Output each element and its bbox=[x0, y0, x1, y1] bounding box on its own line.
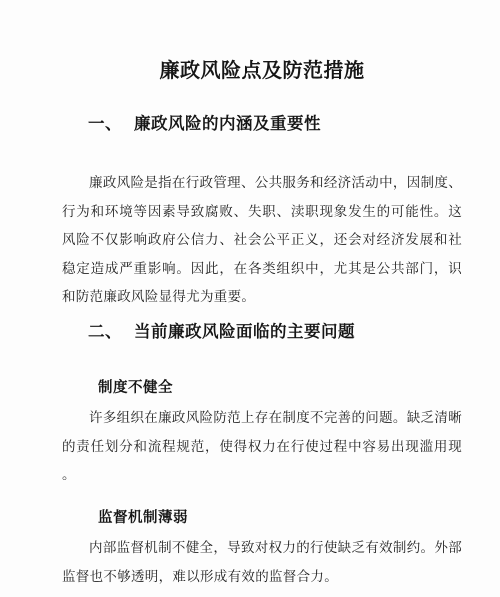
paragraph-line: 内部监督机制不健全，导致对权力的行使缺乏有效制约。外部 bbox=[62, 534, 462, 563]
paragraph-line: 和防范廉政风险显得尤为重要。 bbox=[62, 283, 462, 312]
section-1-number: 一、 bbox=[88, 114, 122, 135]
paragraph-line: 许多组织在廉政风险防范上存在制度不完善的问题。缺乏清晰 bbox=[62, 404, 462, 433]
section-1-paragraph: 廉政风险是指在行政管理、公共服务和经济活动中，因制度、 行为和环境等因素导致腐败… bbox=[62, 169, 462, 312]
subsection-1-paragraph: 许多组织在廉政风险防范上存在制度不完善的问题。缺乏清晰 的责任划分和流程规范，使… bbox=[62, 404, 462, 490]
document-title: 廉政风险点及防范措施 bbox=[62, 59, 462, 84]
paragraph-line: 风险不仅影响政府公信力、社会公平正义，还会对经济发展和社会 bbox=[62, 226, 462, 255]
paragraph-line: 稳定造成严重影响。因此，在各类组织中，尤其是公共部门，识别 bbox=[62, 255, 462, 284]
section-2-title: 当前廉政风险面临的主要问题 bbox=[134, 322, 355, 343]
section-1-title: 廉政风险的内涵及重要性 bbox=[134, 114, 321, 135]
paragraph-line: 行为和环境等因素导致腐败、失职、渎职现象发生的可能性。这些 bbox=[62, 198, 462, 227]
section-2-heading: 二、 当前廉政风险面临的主要问题 bbox=[88, 322, 355, 343]
paragraph-line: 。 bbox=[62, 461, 462, 490]
subsection-2-heading: 监督机制薄弱 bbox=[98, 509, 188, 527]
section-2-number: 二、 bbox=[88, 322, 122, 343]
document-page: 廉政风险点及防范措施 一、 廉政风险的内涵及重要性 廉政风险是指在行政管理、公共… bbox=[0, 0, 500, 597]
subsection-2-paragraph: 内部监督机制不健全，导致对权力的行使缺乏有效制约。外部 监督也不够透明，难以形成… bbox=[62, 534, 462, 591]
paragraph-line: 廉政风险是指在行政管理、公共服务和经济活动中，因制度、 bbox=[62, 169, 462, 198]
paragraph-line: 的责任划分和流程规范，使得权力在行使过程中容易出现滥用现象 bbox=[62, 433, 462, 462]
paragraph-line: 监督也不够透明，难以形成有效的监督合力。 bbox=[62, 563, 462, 592]
section-1-heading: 一、 廉政风险的内涵及重要性 bbox=[88, 114, 321, 135]
subsection-1-heading: 制度不健全 bbox=[98, 379, 173, 397]
